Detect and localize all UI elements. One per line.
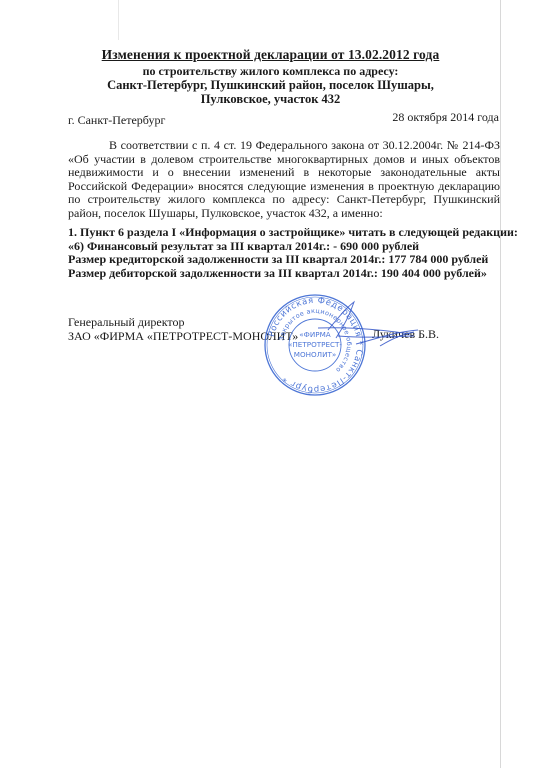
document-date: 28 октября 2014 года	[392, 110, 499, 125]
document-city: г. Санкт-Петербург	[68, 113, 165, 128]
scan-artifact-line	[118, 0, 119, 40]
change-receivables: Размер дебиторской задолженности за III …	[68, 267, 508, 281]
document-title: Изменения к проектной декларации от 13.0…	[0, 47, 541, 63]
change-financial-result: «6) Финансовый результат за III квартал …	[68, 240, 508, 254]
body-paragraph: В соответствии с п. 4 ст. 19 Федеральног…	[68, 139, 500, 221]
change-heading: 1. Пункт 6 раздела I «Информация о застр…	[68, 226, 508, 240]
changes-block: 1. Пункт 6 раздела I «Информация о застр…	[68, 226, 508, 280]
subtitle-line-2: Санкт-Петербург, Пушкинский район, посел…	[0, 78, 541, 93]
handwritten-signature-icon	[318, 300, 428, 360]
subtitle-line-3: Пулковское, участок 432	[0, 92, 541, 107]
document-page: Изменения к проектной декларации от 13.0…	[0, 0, 541, 768]
scan-artifact-line	[500, 0, 501, 768]
change-payables: Размер кредиторской задолженности за III…	[68, 253, 508, 267]
subtitle-line-1: по строительству жилого комплекса по адр…	[0, 64, 541, 79]
